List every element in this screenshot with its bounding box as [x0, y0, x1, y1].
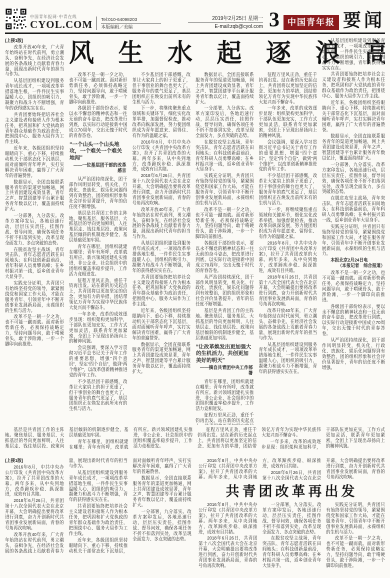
- main-article: (上接1版) 改革开放40年来，广大青年始终站在时代前列，勇立潮头、奋楫争先，在…: [5, 38, 385, 425]
- bottom-articles: (上接1版) 2016年8月，中共中央办公厅印发《共青团中央改革方案》，拉开了共…: [5, 458, 385, 574]
- paragraph: 改革开放40年来，广大青年始终站在时代前列，勇立潮头、奋楫争先，在经济社会发展的…: [259, 308, 317, 341]
- paragraph: 基层是共青团工作的主阵地。聚焦基层、服务基层、大抓基层的导向更加鲜明，人往基层走…: [196, 308, 254, 341]
- paragraph: 数据显示，全团直接联系服务青年的渠道更加畅通，网上共青团建设成效显著，青年之声、…: [132, 342, 190, 375]
- paragraph: 一分部署，九分落实。改革方案印发后，各地迅速行动，层层压实责任，挂图作战、督导问…: [322, 162, 385, 195]
- main-column-1: (上接1版) 改革开放40年来，广大青年始终站在时代前列，勇立潮头、奋楫争先，在…: [5, 38, 64, 425]
- bottom-right-body: 2016年8月，中共中央办公厅印发《共青团中央改革方案》，拉开了共青团改革的大幕…: [199, 502, 386, 571]
- paragraph: 从基层团组织建设到服务青年成长成才，一项项改革举措落地生根，一件件民生实事温暖人…: [259, 342, 317, 375]
- pull-quote-2-attribution: ——摘自共青团中央工作部署: [197, 365, 253, 376]
- paragraph: 改革开放40年来，广大青年始终站在时代前列，勇立潮头、奋楫争先，在经济社会发展的…: [132, 207, 190, 240]
- paragraph: 数据显示，全团直接联系服务青年的渠道更加畅通，网上共青团建设成效显著，青年之声、…: [133, 475, 192, 508]
- newspaper-masthead: 中国青年报: [283, 15, 339, 30]
- paragraph: 2016年8月，中共中央办公厅印发《共青团中央改革方案》，拉开了共青团改革的大幕…: [5, 464, 64, 497]
- paragraph: 基层是共青团工作的主阵地。聚焦基层、服务基层、大抓基层的导向更加鲜明，人往基层走…: [69, 210, 127, 243]
- paragraph: 各级团干部纷纷表示，要以永不懈怠的精神状态和一往无前的奋斗姿态，把改革进行到底，…: [69, 106, 127, 139]
- paragraph: 近年来，各级团组织坚持眼睛向下、重心下移，持续推动机关干部常态化下沉基层，面对面…: [5, 146, 64, 179]
- paragraph: 一分部署，九分落实。改革方案印发后，各地迅速行动，层层压实责任，挂图作战、督导问…: [133, 509, 192, 542]
- date-text: 2019年2月25日 星期一: [188, 16, 263, 24]
- paragraph: 不少基层团干部感慨，改革让大家肩上的担子更重了，但干事创业的舞台也更大了，服务青…: [259, 173, 317, 206]
- paragraph: 改革不是一朝一夕之功，也不可能一蹴而就。面对新形势新任务，必须保持战略定力，坚持…: [5, 314, 64, 347]
- paragraph: 一分部署，九分落实。改革方案印发后，各地迅速行动，层层压实责任，挂图作战、督导问…: [196, 106, 254, 139]
- paragraph: 数据显示，全团直接联系服务青年的渠道更加畅通，网上共青团建设成效显著，青年之声、…: [322, 134, 385, 161]
- paragraph: 征程万里风正劲，重任千钧再出发。站在新的历史起点上，共青团将以更加坚定的信念、更…: [196, 413, 254, 425]
- paragraph: 从严治团持续深化，团干部作风明显转变，机关化、行政化、贵族化、娱乐化问题得到有效…: [196, 274, 254, 307]
- paragraph: 征程万里风正劲，重任千钧再出发。站在新的历史起点上，共青团将以更加坚定的信念、更…: [259, 72, 317, 105]
- bottom-right-article: 2016年8月，中共中央办公厅印发《共青团中央改革方案》，拉开了共青团改革的大幕…: [199, 458, 386, 574]
- paragraph: 共青团要始终把培养社会主义建设者和接班人作为根本任务，把巩固和扩大党执政的青年群…: [322, 72, 385, 99]
- paragraph: 数据显示，全团直接联系服务青年的渠道更加畅通，网上共青团建设成效显著，青年之声、…: [196, 72, 254, 105]
- paragraph: 改革不是一朝一夕之功，也不可能一蹴而就。面对新形势新任务，必须保持战略定力，坚持…: [196, 207, 254, 240]
- paragraph: 从严治团持续深化，团干部作风明显转变，机关化、行政化、贵族化、娱乐化问题得到有效…: [322, 338, 385, 371]
- paragraph: 实践充分证明，共青团只有始终坚持党的领导，紧紧围绕党和国家工作大局，才能在服务青…: [5, 280, 64, 313]
- paragraph: 不少基层团干部感慨，改革让大家肩上的担子更重了，但干事创业的舞台也更大了，服务青…: [69, 379, 127, 412]
- paragraph: 实践充分证明，共青团只有始终坚持党的领导，紧紧围绕党和国家工作大局，才能在服务青…: [322, 224, 385, 257]
- byline: （本报记者 综合报道）: [322, 263, 385, 268]
- paragraph: 会议强调，要深入学习贯彻习近平总书记关于青年工作的重要思想，增强“四个意识”，坚…: [259, 139, 317, 172]
- main-column-6: 从基层团组织建设到服务青年成长成才，一项项改革举措落地生根，一件件民生实事温暖人…: [322, 38, 385, 425]
- paragraph: 一年多来，改革的成效逐步显现：组织架构更加科学，干部队伍更加充实，工作方式更加灵…: [69, 311, 127, 344]
- paragraph: 一分部署，九分落实。改革方案印发后，各地迅速行动，层层压实责任，挂图作战、督导问…: [5, 213, 64, 246]
- date-block: 2019年2月25日 星期一 E-mail:zqb@cyol.com: [188, 16, 263, 31]
- main-column-5: 征程万里风正劲，重任千钧再出发。站在新的历史起点上，共青团将以更加坚定的信念、更…: [259, 72, 317, 425]
- bottom-article-headline: 共青团改革再出发: [199, 484, 386, 499]
- paragraph: 下一步，将继续聚焦重点领域和关键环节，细化实化改革举措，加强督促检查，推动改革向…: [132, 106, 190, 139]
- paragraph: 在脱贫攻坚主战场，青年突击队、青年志愿者活跃在田间地头；在科技创新最前沿，青年科…: [5, 247, 64, 280]
- paragraph: 从严治团持续深化，团干部作风明显转变，机关化、行政化、贵族化、娱乐化问题得到有效…: [69, 177, 127, 210]
- paragraph: 征程万里风正劲，重任千钧再出发。站在新的历史起点上，共青团将以更加坚定的信念、更…: [69, 278, 127, 311]
- header-rule: [5, 33, 385, 35]
- bottom-right-pre-text: 2016年8月，中共中央办公厅印发《共青团中央改革方案》，拉开了共青团改革的大幕…: [199, 458, 386, 481]
- paragraph: 各级团干部纷纷表示，要以永不懈怠的精神状态和一往无前的奋斗姿态，把改革进行到底，…: [196, 241, 254, 274]
- paragraph: 从基层团组织建设到服务青年成长成才，一项项改革举措落地生根，一件件民生实事温暖人…: [322, 38, 385, 71]
- paragraph: 不少基层团干部感慨，改革让大家肩上的担子更重了，但干事创业的舞台也更大了，服务青…: [132, 72, 190, 105]
- paragraph: 一分部署，九分落实。改革方案印发后，各地迅速行动，层层压实责任，挂图作战、督导问…: [262, 502, 321, 535]
- main-column-2: 改革不是一朝一夕之功，也不可能一蹴而就。面对新形势新任务，必须保持战略定力，坚持…: [69, 72, 127, 425]
- paragraph: 共青团要始终把培养社会主义建设者和接班人作为根本任务，把巩固和扩大党执政的青年群…: [69, 504, 128, 537]
- editor-text: 本版编辑／美编: [101, 24, 161, 31]
- paragraph: 在脱贫攻坚主战场，青年突击队、青年志愿者活跃在田间地头；在科技创新最前沿，青年科…: [262, 536, 321, 569]
- paragraph: 2016年8月，中共中央办公厅印发《共青团中央改革方案》，拉开了共青团改革的大幕…: [132, 139, 190, 172]
- paragraph: 从基层团组织建设到服务青年成长成才，一项项改革举措落地生根，一件件民生实事温暖人…: [69, 470, 128, 503]
- newspaper-page: 中国青年报网·中青在线 CYOL.COM Tel:010-64098203 本版…: [0, 0, 390, 578]
- paragraph: 从基层团组织建设到服务青年成长成才，一项项改革举措落地生根，一件件民生实事温暖人…: [5, 78, 64, 111]
- paragraph: 从基层团组织建设到服务青年成长成才，一项项改革举措落地生根，一件件民生实事温暖人…: [132, 241, 190, 274]
- site-logo: 中国青年报网·中青在线 CYOL.COM: [30, 15, 93, 31]
- paragraph: 会议强调，要深入学习贯彻习近平总书记关于青年工作的重要思想，增强“四个意识”，坚…: [69, 345, 127, 378]
- paragraph: 实践充分证明，共青团只有始终坚持党的领导，紧紧围绕党和国家工作大局，才能在服务青…: [196, 173, 254, 206]
- qr-code-icon: [5, 8, 27, 30]
- paragraph: 改革开放40年来，广大青年始终站在时代前列，勇立潮头、奋楫争先，在经济社会发展的…: [5, 44, 64, 77]
- main-column-4: 数据显示，全团直接联系服务青年的渠道更加畅通，网上共青团建设成效显著，青年之声、…: [196, 72, 254, 425]
- page-number: 3: [269, 10, 280, 30]
- section-title: 要闻: [343, 11, 385, 30]
- site-logo-text: CYOL.COM: [30, 19, 93, 30]
- telephone-text: Tel:010-64098203: [101, 17, 161, 24]
- paragraph: 一年多来，改革的成效逐步显现：组织架构更加科学，干部队伍更加充实，工作方式更加灵…: [259, 106, 317, 139]
- paragraph: 2018年6月26日，共青团第十八次全国代表大会在北京开幕，大会明确提出要将改革…: [259, 274, 317, 307]
- main-column-3: 不少基层团干部感慨，改革让大家肩上的担子更重了，但干事创业的舞台也更大了，服务青…: [132, 72, 190, 425]
- page-sheet: 中国青年报网·中青在线 CYOL.COM Tel:010-64098203 本版…: [0, 0, 390, 578]
- paragraph: 数据显示，全团直接联系服务青年的渠道更加畅通，网上共青团建设成效显著，青年之声、…: [5, 179, 64, 212]
- paragraph: 2016年8月，中共中央办公厅印发《共青团中央改革方案》，拉开了共青团改革的大幕…: [259, 241, 317, 274]
- continuation-marker: (上接1版): [5, 38, 64, 43]
- pull-quote-1-attribution: ——一位基层团干部的改革感言: [70, 163, 126, 174]
- paragraph: 改革不是一朝一夕之功，也不可能一蹴而就。面对新形势新任务，必须保持战略定力，坚持…: [326, 536, 385, 569]
- paragraph: 青年在哪里，团组织就建在哪里；青年有所呼，改革就有所应。新兴领域团建扎实推进，非…: [196, 379, 254, 412]
- pull-quote-1: “一个山头一个山头地攻，一个难关一个难关地闯”: [70, 141, 127, 161]
- bottom-left-article: (上接1版) 2016年8月，中共中央办公厅印发《共青团中央改革方案》，拉开了共…: [5, 458, 192, 574]
- paragraph: 在脱贫攻坚主战场，青年突击队、青年志愿者活跃在田间地头；在科技创新最前沿，青年科…: [196, 139, 254, 172]
- bottom-left-body: (上接1版) 2016年8月，中共中央办公厅印发《共青团中央改革方案》，拉开了共…: [5, 458, 192, 572]
- paragraph: 2018年6月26日，共青团第十八次全国代表大会在北京开幕，大会明确提出要将改革…: [199, 536, 258, 569]
- paragraph: 共青团要始终把培养社会主义建设者和接班人作为根本任务，把巩固和扩大党执政的青年群…: [5, 112, 64, 145]
- paragraph: 下一步，将继续聚焦重点领域和关键环节，细化实化改革举措，加强督促检查，推动改革向…: [259, 207, 317, 240]
- paragraph: 2016年8月，中共中央办公厅印发《共青团中央改革方案》，拉开了共青团改革的大幕…: [199, 502, 258, 535]
- paragraph: 实践充分证明，共青团只有始终坚持党的领导，紧紧围绕党和国家工作大局，才能在服务青…: [326, 502, 385, 535]
- paragraph: 在脱贫攻坚主战场，青年突击队、青年志愿者活跃在田间地头；在科技创新最前沿，青年科…: [322, 196, 385, 223]
- main-headline: 风 生 水 起 逐 浪 高: [69, 39, 317, 67]
- paragraph: 2018年6月26日，共青团第十八次全国代表大会在北京开幕，大会明确提出要将改革…: [5, 498, 64, 531]
- paragraph: 2018年6月26日，共青团第十八次全国代表大会在北京开幕，大会明确提出要将改革…: [132, 173, 190, 206]
- paragraph: 各级团干部纷纷表示，要以永不懈怠的精神状态和一往无前的奋斗姿态，把改革进行到底，…: [322, 304, 385, 337]
- article-continuation-strip: 基层是共青团工作的主阵地。聚焦基层、服务基层、大抓基层的导向更加鲜明，人往基层走…: [5, 427, 385, 452]
- paragraph: 改革不是一朝一夕之功，也不可能一蹴而就。面对新形势新任务，必须保持战略定力，坚持…: [69, 72, 127, 105]
- paragraph: 共青团要始终把培养社会主义建设者和接班人作为根本任务，把巩固和扩大党执政的青年群…: [132, 274, 190, 307]
- continuation-marker: (上接1版): [5, 458, 64, 463]
- email-text: E-mail:zqb@cyol.com: [215, 23, 263, 30]
- pull-quote-2: “让改革焕发出更加强大的生机活力，共创更加美好的明天”: [196, 344, 253, 364]
- page-header: 中国青年报网·中青在线 CYOL.COM Tel:010-64098203 本版…: [5, 4, 385, 30]
- contact-block: Tel:010-64098203 本版编辑／美编: [97, 17, 162, 31]
- paragraph: 近年来，各级团组织坚持眼睛向下、重心下移，持续推动机关干部常态化下沉基层，面对面…: [322, 100, 385, 133]
- paragraph: 青年在哪里，团组织就建在哪里；青年有所呼，改革就有所应。新兴领域团建扎实推进，非…: [69, 244, 127, 277]
- paragraph: 近年来，各级团组织坚持眼睛向下、重心下移，持续推动机关干部常态化下沉基层，面对面…: [132, 308, 190, 341]
- paragraph: 改革不是一朝一夕之功，也不可能一蹴而就。面对新形势新任务，必须保持战略定力，坚持…: [322, 270, 385, 303]
